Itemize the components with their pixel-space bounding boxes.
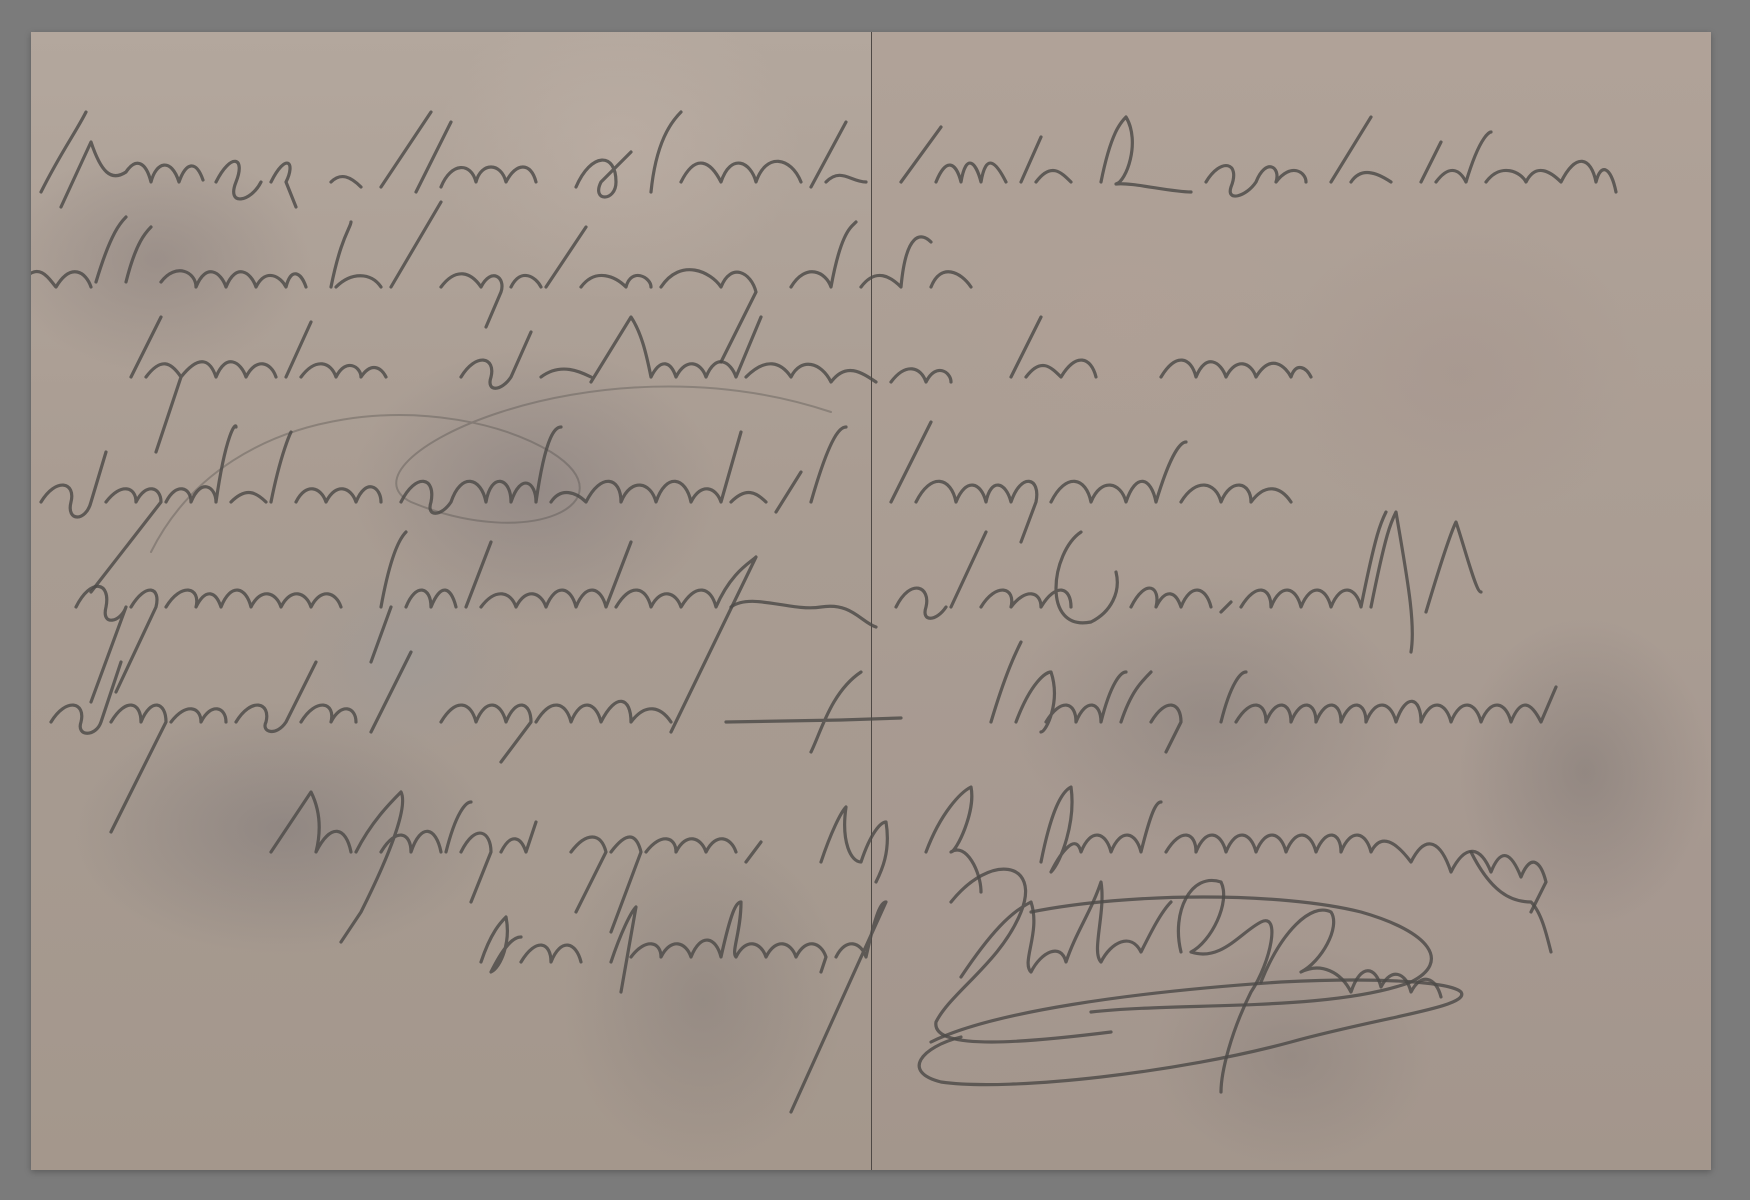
- diptych-artwork: soussigné a l'honneur de solliciter de v…: [31, 32, 1711, 1170]
- handwriting-strokes: [31, 32, 1711, 1170]
